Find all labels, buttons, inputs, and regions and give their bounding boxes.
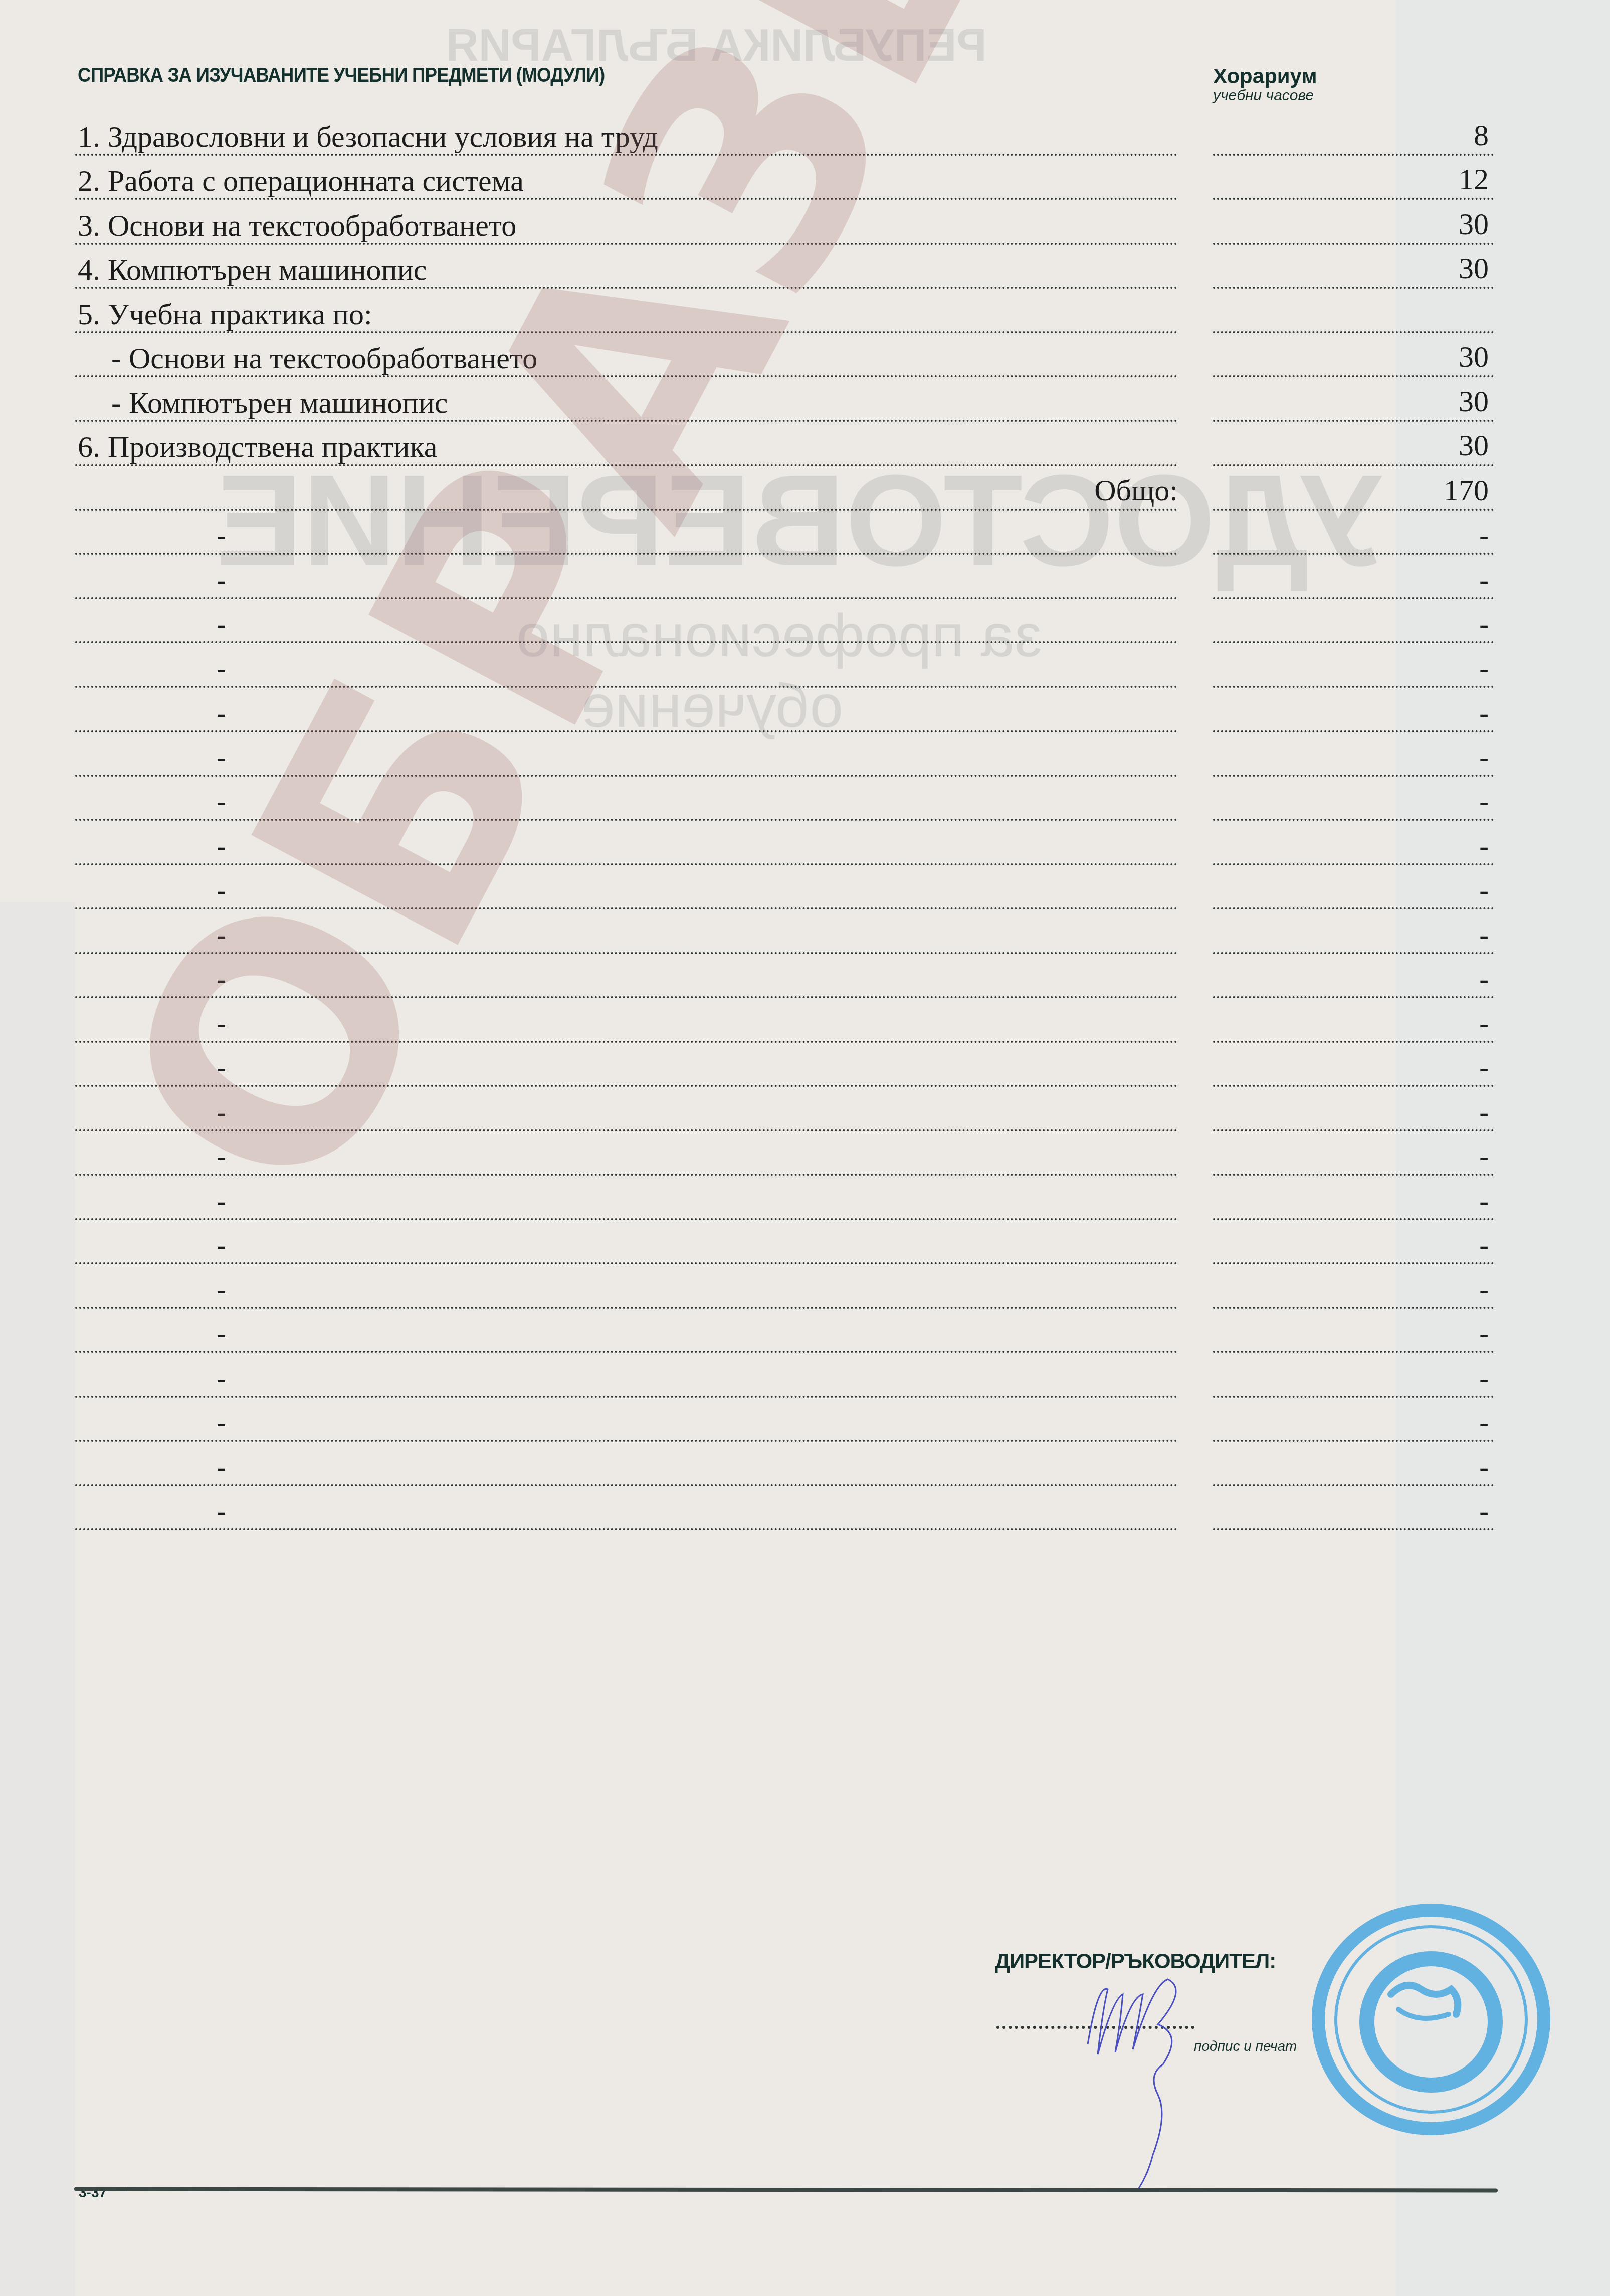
empty-hours-marker: - [1288, 1274, 1489, 1306]
footer-rule [74, 2187, 1498, 2193]
empty-hours-marker: - [1288, 1140, 1489, 1173]
empty-row: -- [75, 1398, 1494, 1442]
hours-header-unit: учебни часове [1213, 88, 1317, 103]
empty-hours-marker: - [1288, 919, 1489, 951]
empty-subject-marker: - [217, 520, 226, 552]
empty-row: -- [75, 1220, 1494, 1265]
empty-hours-marker: - [1288, 742, 1489, 774]
empty-subject-marker: - [217, 1274, 226, 1306]
empty-row: -- [75, 1442, 1494, 1486]
empty-hours-marker: - [1288, 608, 1489, 640]
director-signature-icon [1002, 1929, 1263, 2190]
empty-subject-marker: - [217, 1451, 226, 1483]
empty-subject-marker: - [217, 564, 226, 596]
empty-hours-marker: - [1288, 1407, 1489, 1439]
empty-row: -- [75, 511, 1494, 555]
empty-subject-marker: - [217, 1318, 226, 1350]
paper-shade-left [0, 902, 75, 2296]
empty-hours-marker: - [1288, 1495, 1489, 1527]
empty-hours-marker: - [1288, 830, 1489, 862]
empty-hours-marker: - [1288, 1096, 1489, 1128]
subject-hours: 30 [1288, 428, 1489, 463]
empty-hours-marker: - [1288, 1318, 1489, 1350]
empty-subject-marker: - [217, 608, 226, 640]
empty-subject-marker: - [217, 1185, 226, 1217]
empty-hours-marker: - [1288, 520, 1489, 552]
empty-subject-marker: - [217, 697, 226, 729]
empty-hours-marker: - [1288, 1362, 1489, 1395]
hours-leader-dots [1213, 1528, 1494, 1530]
empty-subject-marker: - [217, 1362, 226, 1395]
empty-row: -- [75, 1264, 1494, 1309]
total-hours: 170 [1288, 473, 1489, 508]
subject-name: 5. Учебна практика по: [78, 298, 372, 330]
subject-name: - Компютърен машинопис [111, 387, 448, 419]
page-title: СПРАВКА ЗА ИЗУЧАВАНИТЕ УЧЕБНИ ПРЕДМЕТИ (… [78, 64, 605, 87]
hours-header-label: Хорариум [1213, 64, 1317, 88]
subject-hours: 12 [1288, 162, 1489, 197]
subject-hours: 30 [1288, 207, 1489, 242]
empty-hours-marker: - [1288, 564, 1489, 596]
empty-row: -- [75, 1309, 1494, 1353]
hours-column-header: Хорариум учебни часове [1213, 64, 1317, 103]
empty-hours-marker: - [1288, 963, 1489, 995]
subject-name: 2. Работа с операционната система [78, 165, 524, 197]
empty-subject-marker: - [217, 1495, 226, 1527]
subject-hours: 8 [1288, 118, 1489, 153]
total-label: Общо: [1094, 473, 1178, 508]
subject-hours: 30 [1288, 384, 1489, 419]
empty-row: -- [75, 555, 1494, 599]
empty-hours-marker: - [1288, 786, 1489, 818]
subject-hours: 30 [1288, 251, 1489, 286]
empty-row: -- [75, 1353, 1494, 1398]
empty-hours-marker: - [1288, 874, 1489, 906]
empty-hours-marker: - [1288, 1185, 1489, 1217]
empty-hours-marker: - [1288, 1451, 1489, 1483]
subject-name: 4. Компютърен машинопис [78, 254, 427, 286]
empty-subject-marker: - [217, 653, 226, 685]
empty-subject-marker: - [217, 1229, 226, 1261]
empty-hours-marker: - [1288, 1229, 1489, 1261]
empty-hours-marker: - [1288, 1052, 1489, 1084]
empty-hours-marker: - [1288, 697, 1489, 729]
empty-hours-marker: - [1288, 653, 1489, 685]
empty-hours-marker: - [1288, 1008, 1489, 1040]
subject-name: 3. Основи на текстообработването [78, 209, 516, 242]
official-stamp-icon [1303, 1894, 1554, 2145]
subject-hours: 30 [1288, 340, 1489, 374]
leader-dots [75, 1528, 1178, 1530]
empty-row: -- [75, 1486, 1494, 1531]
empty-subject-marker: - [217, 1407, 226, 1439]
